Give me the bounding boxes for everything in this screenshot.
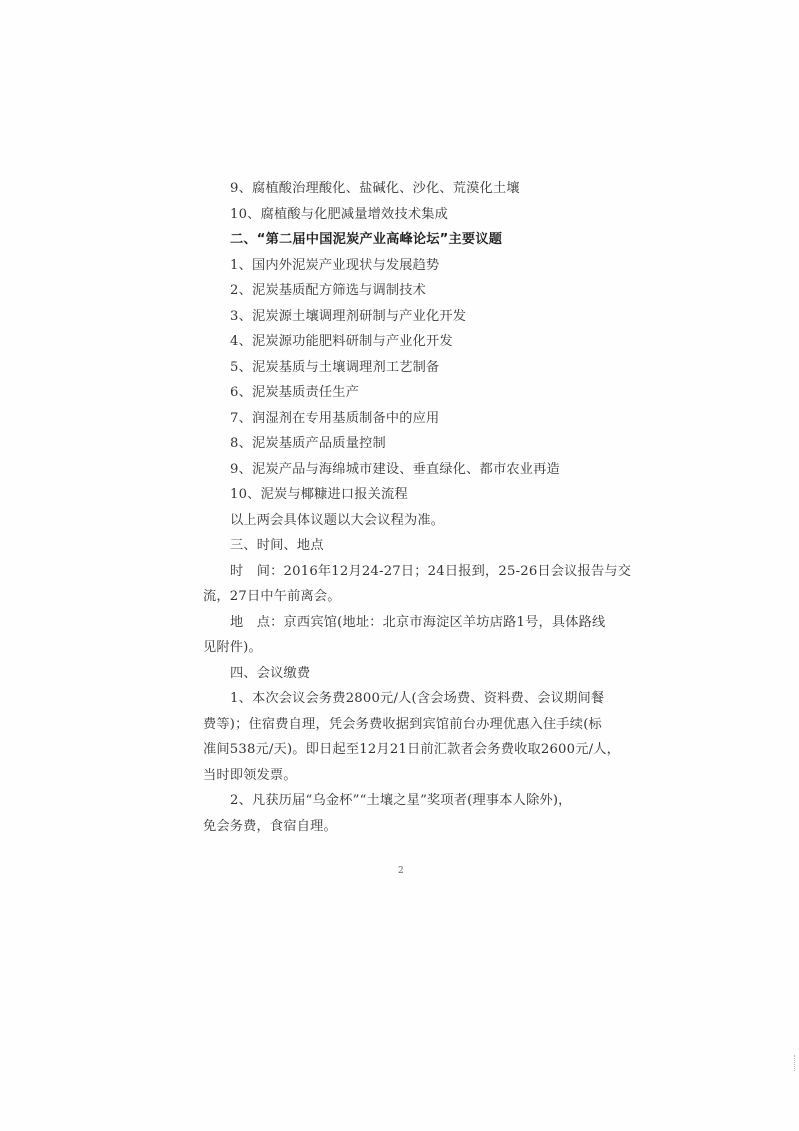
document-body: 9、腐植酸治理酸化、盐碱化、沙化、荒漠化土壤 10、腐植酸与化肥减量增效技术集成… bbox=[203, 176, 611, 839]
page-number: 2 bbox=[398, 866, 404, 876]
list-item: 6、泥炭基质责任生产 bbox=[203, 380, 611, 406]
paragraph-line: 费等)；住宿费自理，凭会务费收据到宾馆前台办理优惠入住手续(标 bbox=[203, 712, 611, 738]
paragraph-line: 流，27日中午前离会。 bbox=[203, 584, 611, 610]
section-heading: 二、“第二届中国泥炭产业高峰论坛”主要议题 bbox=[203, 227, 611, 253]
section-heading: 四、会议缴费 bbox=[203, 661, 611, 687]
note-text: 以上两会具体议题以大会议程为准。 bbox=[203, 508, 611, 534]
list-item: 10、腐植酸与化肥减量增效技术集成 bbox=[203, 202, 611, 228]
list-item: 3、泥炭源土壤调理剂研制与产业化开发 bbox=[203, 304, 611, 330]
paragraph-line: 免会务费，食宿自理。 bbox=[203, 814, 611, 840]
list-item: 5、泥炭基质与土壤调理剂工艺制备 bbox=[203, 355, 611, 381]
paragraph-line: 准间538元/天)。即日起至12月21日前汇款者会务费收取2600元/人， bbox=[203, 737, 611, 763]
scan-artifact bbox=[794, 1055, 797, 1071]
list-item: 1、国内外泥炭产业现状与发展趋势 bbox=[203, 253, 611, 279]
paragraph-line: 地 点：京西宾馆(地址：北京市海淀区羊坊店路1号，具体路线 bbox=[203, 610, 611, 636]
paragraph-line: 见附件)。 bbox=[203, 635, 611, 661]
section-heading: 三、时间、地点 bbox=[203, 533, 611, 559]
list-item: 4、泥炭源功能肥料研制与产业化开发 bbox=[203, 329, 611, 355]
list-item: 8、泥炭基质产品质量控制 bbox=[203, 431, 611, 457]
paragraph-line: 时 间：2016年12月24-27日；24日报到，25-26日会议报告与交 bbox=[203, 559, 611, 585]
paragraph-line: 当时即领发票。 bbox=[203, 763, 611, 789]
list-item: 10、泥炭与椰糠进口报关流程 bbox=[203, 482, 611, 508]
list-item: 2、泥炭基质配方筛选与调制技术 bbox=[203, 278, 611, 304]
list-item: 7、润湿剂在专用基质制备中的应用 bbox=[203, 406, 611, 432]
paragraph-line: 2、凡获历届“乌金杯”“土壤之星”奖项者(理事本人除外)， bbox=[203, 788, 611, 814]
paragraph-line: 1、本次会议会务费2800元/人(含会场费、资料费、会议期间餐 bbox=[203, 686, 611, 712]
list-item: 9、泥炭产品与海绵城市建设、垂直绿化、都市农业再造 bbox=[203, 457, 611, 483]
list-item: 9、腐植酸治理酸化、盐碱化、沙化、荒漠化土壤 bbox=[203, 176, 611, 202]
document-page: 9、腐植酸治理酸化、盐碱化、沙化、荒漠化土壤 10、腐植酸与化肥减量增效技术集成… bbox=[0, 0, 799, 1131]
